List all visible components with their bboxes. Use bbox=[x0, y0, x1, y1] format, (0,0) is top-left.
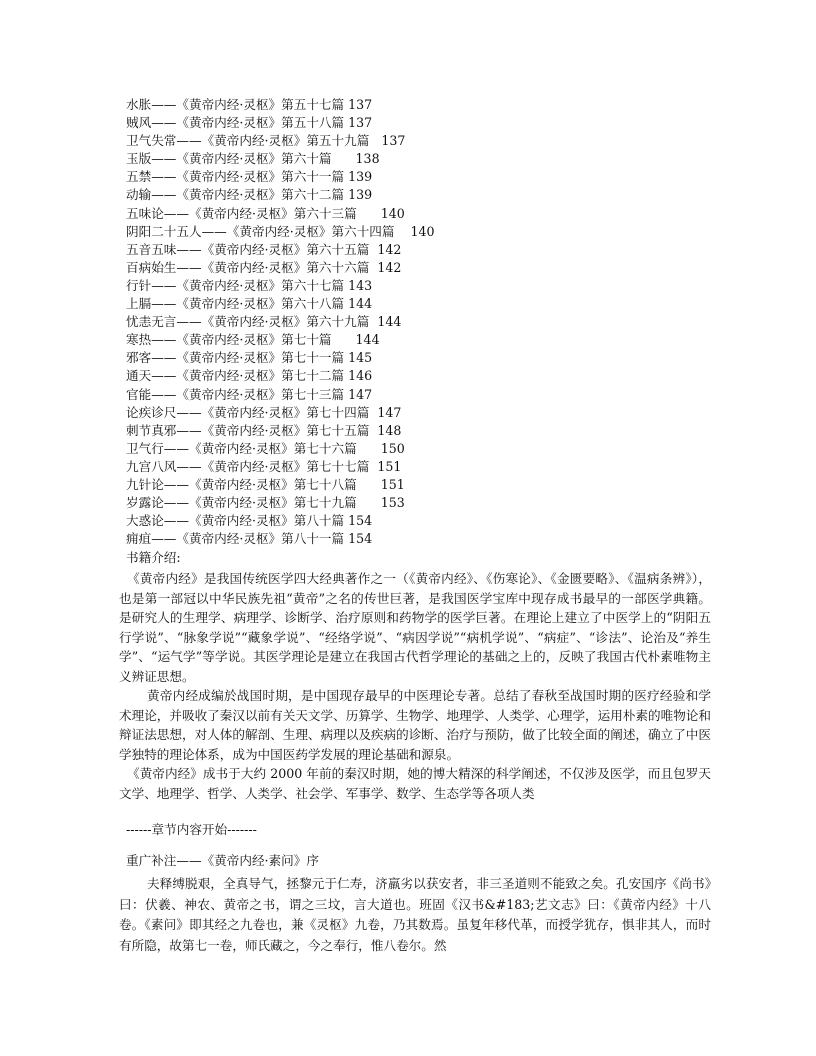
toc-entry-page: 146 bbox=[348, 368, 372, 383]
toc-entry-title: 玉版——《黄帝内经·灵枢》第六十篇 bbox=[126, 151, 332, 166]
section-title: 重广补注——《黄帝内经·素问》序 bbox=[126, 852, 319, 870]
toc-entry-page: 147 bbox=[377, 405, 401, 420]
toc-entry[interactable]: 卫气失常——《黄帝内经·灵枢》第五十九篇 137 bbox=[126, 132, 435, 150]
toc-entry-page: 137 bbox=[348, 115, 372, 130]
toc-entry-page: 147 bbox=[348, 387, 372, 402]
toc-entry-title: 五味论——《黄帝内经·灵枢》第六十三篇 bbox=[126, 206, 357, 221]
toc-entry-page: 137 bbox=[348, 97, 372, 112]
toc-entry-page: 143 bbox=[348, 278, 372, 293]
toc-entry[interactable]: 阴阳二十五人——《黄帝内经·灵枢》第六十四篇 140 bbox=[126, 223, 435, 241]
toc-entry-page: 142 bbox=[377, 260, 401, 275]
toc-entry-page: 142 bbox=[377, 242, 401, 257]
toc-entry[interactable]: 贼风——《黄帝内经·灵枢》第五十八篇 137 bbox=[126, 114, 435, 132]
toc-entry-page: 137 bbox=[381, 133, 405, 148]
toc-entry-page: 140 bbox=[381, 206, 405, 221]
toc-entry[interactable]: 刺节真邪——《黄帝内经·灵枢》第七十五篇 148 bbox=[126, 422, 435, 440]
toc-entry[interactable]: 邪客——《黄帝内经·灵枢》第七十一篇 145 bbox=[126, 349, 435, 367]
toc-entry-title: 刺节真邪——《黄帝内经·灵枢》第七十五篇 bbox=[126, 423, 369, 438]
toc-entry-page: 145 bbox=[348, 350, 372, 365]
toc-entry-title: 九针论——《黄帝内经·灵枢》第七十八篇 bbox=[126, 477, 357, 492]
toc-entry[interactable]: 上膈——《黄帝内经·灵枢》第六十八篇 144 bbox=[126, 295, 435, 313]
table-of-contents: 水胀——《黄帝内经·灵枢》第五十七篇 137 贼风——《黄帝内经·灵枢》第五十八… bbox=[126, 96, 435, 548]
toc-entry-title: 上膈——《黄帝内经·灵枢》第六十八篇 bbox=[126, 296, 344, 311]
toc-entry-title: 大惑论——《黄帝内经·灵枢》第八十篇 bbox=[126, 513, 344, 528]
toc-entry-title: 邪客——《黄帝内经·灵枢》第七十一篇 bbox=[126, 350, 344, 365]
toc-entry-title: 卫气行——《黄帝内经·灵枢》第七十六篇 bbox=[126, 441, 357, 456]
toc-entry-title: 贼风——《黄帝内经·灵枢》第五十八篇 bbox=[126, 115, 344, 130]
toc-entry-page: 151 bbox=[377, 459, 401, 474]
toc-entry-page: 148 bbox=[377, 423, 401, 438]
toc-entry-title: 五音五味——《黄帝内经·灵枢》第六十五篇 bbox=[126, 242, 369, 257]
toc-entry-page: 140 bbox=[411, 224, 435, 239]
chapter-start-divider: ------章节内容开始------- bbox=[126, 821, 257, 839]
toc-entry-page: 139 bbox=[348, 169, 372, 184]
toc-entry-title: 行针——《黄帝内经·灵枢》第六十七篇 bbox=[126, 278, 344, 293]
toc-entry[interactable]: 九针论——《黄帝内经·灵枢》第七十八篇 151 bbox=[126, 476, 435, 494]
toc-entry-page: 144 bbox=[377, 314, 401, 329]
toc-entry-title: 通天——《黄帝内经·灵枢》第七十二篇 bbox=[126, 368, 344, 383]
toc-entry[interactable]: 岁露论——《黄帝内经·灵枢》第七十九篇 153 bbox=[126, 494, 435, 512]
toc-entry-title: 水胀——《黄帝内经·灵枢》第五十七篇 bbox=[126, 97, 344, 112]
toc-entry[interactable]: 玉版——《黄帝内经·灵枢》第六十篇 138 bbox=[126, 150, 435, 168]
toc-entry[interactable]: 官能——《黄帝内经·灵枢》第七十三篇 147 bbox=[126, 386, 435, 404]
toc-entry[interactable]: 卫气行——《黄帝内经·灵枢》第七十六篇 150 bbox=[126, 440, 435, 458]
toc-entry[interactable]: 论疾诊尺——《黄帝内经·灵枢》第七十四篇 147 bbox=[126, 404, 435, 422]
toc-entry[interactable]: 水胀——《黄帝内经·灵枢》第五十七篇 137 bbox=[126, 96, 435, 114]
intro-paragraph: 《黄帝内经》成书于大约 2000 年前的秦汉时期，她的博大精深的科学阐述，不仅涉… bbox=[119, 764, 711, 803]
toc-entry-page: 154 bbox=[348, 513, 372, 528]
toc-entry-page: 144 bbox=[356, 332, 380, 347]
toc-entry-page: 138 bbox=[356, 151, 380, 166]
toc-entry-title: 五禁——《黄帝内经·灵枢》第六十一篇 bbox=[126, 169, 344, 184]
toc-entry[interactable]: 痈疽——《黄帝内经·灵枢》第八十一篇 154 bbox=[126, 530, 435, 548]
book-intro-label: 书籍介绍: bbox=[126, 549, 181, 567]
toc-entry-page: 153 bbox=[381, 495, 405, 510]
toc-entry-title: 阴阳二十五人——《黄帝内经·灵枢》第六十四篇 bbox=[126, 224, 394, 239]
intro-paragraph: 黄帝内经成编於战国时期，是中国现存最早的中医理论专著。总结了春秋至战国时期的医疗… bbox=[119, 686, 711, 764]
toc-entry-title: 寒热——《黄帝内经·灵枢》第七十篇 bbox=[126, 332, 332, 347]
toc-entry[interactable]: 百病始生——《黄帝内经·灵枢》第六十六篇 142 bbox=[126, 259, 435, 277]
toc-entry[interactable]: 通天——《黄帝内经·灵枢》第七十二篇 146 bbox=[126, 367, 435, 385]
toc-entry-page: 150 bbox=[381, 441, 405, 456]
toc-entry-title: 官能——《黄帝内经·灵枢》第七十三篇 bbox=[126, 387, 344, 402]
toc-entry-page: 139 bbox=[348, 187, 372, 202]
toc-entry-title: 动输——《黄帝内经·灵枢》第六十二篇 bbox=[126, 187, 344, 202]
toc-entry-page: 154 bbox=[348, 531, 372, 546]
toc-entry-title: 岁露论——《黄帝内经·灵枢》第七十九篇 bbox=[126, 495, 357, 510]
toc-entry[interactable]: 五禁——《黄帝内经·灵枢》第六十一篇 139 bbox=[126, 168, 435, 186]
toc-entry-title: 九宫八风——《黄帝内经·灵枢》第七十七篇 bbox=[126, 459, 369, 474]
toc-entry[interactable]: 忧恚无言——《黄帝内经·灵枢》第六十九篇 144 bbox=[126, 313, 435, 331]
toc-entry-title: 百病始生——《黄帝内经·灵枢》第六十六篇 bbox=[126, 260, 369, 275]
toc-entry[interactable]: 五味论——《黄帝内经·灵枢》第六十三篇 140 bbox=[126, 205, 435, 223]
intro-paragraph: 《黄帝内经》是我国传统医学四大经典著作之一（《黄帝内经》、《伤寒论》、《金匮要略… bbox=[119, 569, 711, 686]
toc-entry[interactable]: 大惑论——《黄帝内经·灵枢》第八十篇 154 bbox=[126, 512, 435, 530]
toc-entry-page: 144 bbox=[348, 296, 372, 311]
document-page: 水胀——《黄帝内经·灵枢》第五十七篇 137 贼风——《黄帝内经·灵枢》第五十八… bbox=[0, 0, 816, 1056]
toc-entry[interactable]: 九宫八风——《黄帝内经·灵枢》第七十七篇 151 bbox=[126, 458, 435, 476]
toc-entry-title: 痈疽——《黄帝内经·灵枢》第八十一篇 bbox=[126, 531, 344, 546]
toc-entry-page: 151 bbox=[381, 477, 405, 492]
toc-entry[interactable]: 动输——《黄帝内经·灵枢》第六十二篇 139 bbox=[126, 186, 435, 204]
toc-entry-title: 忧恚无言——《黄帝内经·灵枢》第六十九篇 bbox=[126, 314, 369, 329]
toc-entry-title: 论疾诊尺——《黄帝内经·灵枢》第七十四篇 bbox=[126, 405, 369, 420]
toc-entry-title: 卫气失常——《黄帝内经·灵枢》第五十九篇 bbox=[126, 133, 369, 148]
toc-entry[interactable]: 行针——《黄帝内经·灵枢》第六十七篇 143 bbox=[126, 277, 435, 295]
toc-entry[interactable]: 五音五味——《黄帝内经·灵枢》第六十五篇 142 bbox=[126, 241, 435, 259]
section-body: 夫释缚脱艰，全真导气，拯黎元于仁寿，济羸劣以获安者，非三圣道则不能致之矣。孔安国… bbox=[119, 874, 711, 956]
toc-entry[interactable]: 寒热——《黄帝内经·灵枢》第七十篇 144 bbox=[126, 331, 435, 349]
